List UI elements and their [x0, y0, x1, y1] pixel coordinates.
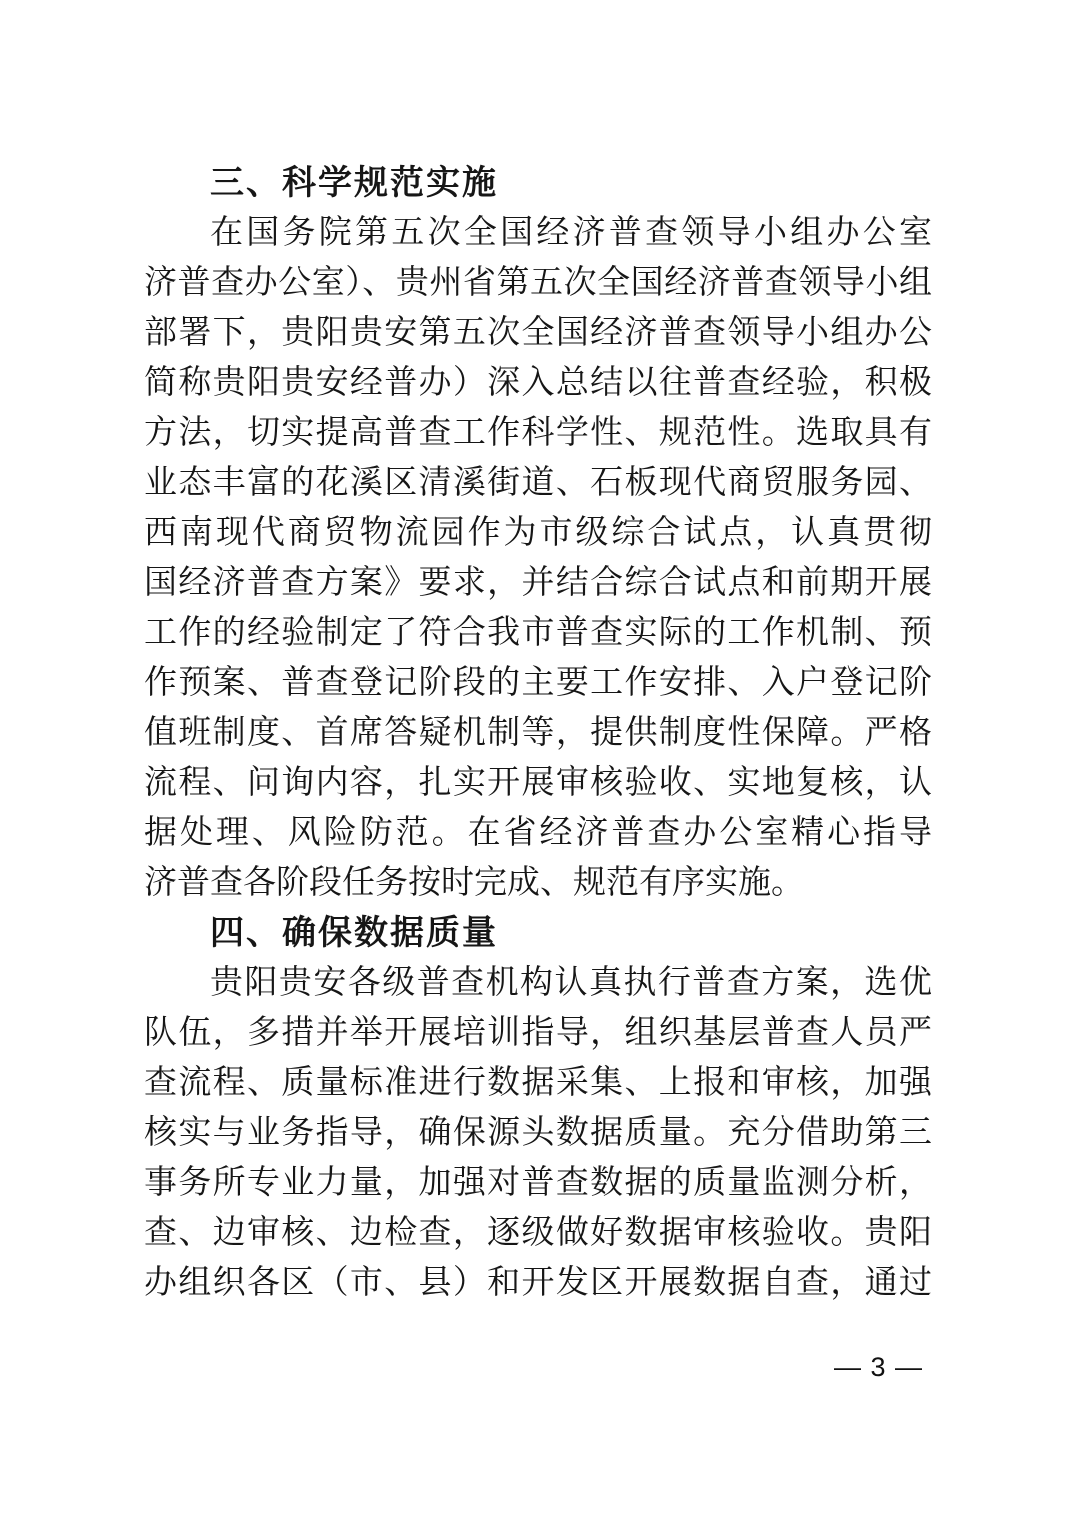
- section-heading-4: 四、确保数据质量: [144, 908, 932, 958]
- text-line: 查流程、质量标准进行数据采集、上报和审核，加强入户数据: [144, 1058, 932, 1108]
- text-line: 在国务院第五次全国经济普查领导小组办公室（国务院经: [144, 208, 932, 258]
- text-line: 部署下，贵阳贵安第五次全国经济普查领导小组办公室（以下: [144, 308, 932, 358]
- text-line: 作预案、普查登记阶段的主要工作安排、入户登记阶段 24 小时: [144, 658, 932, 708]
- text-line: 流程、问询内容，扎实开展审核验收、实地复核，认真抓好数: [144, 758, 932, 808]
- text-line: 值班制度、首席答疑机制等，提供制度性保障。严格规范入户: [144, 708, 932, 758]
- text-line: 贵阳贵安各级普查机构认真执行普查方案，选优配强普查: [144, 958, 932, 1008]
- text-line: 西南现代商贸物流园作为市级综合试点，认真贯彻《第五次全: [144, 508, 932, 558]
- text-line: 查、边审核、边检查，逐级做好数据审核验收。贵阳贵安经普: [144, 1208, 932, 1258]
- text-line: 工作的经验制定了符合我市普查实际的工作机制、预防风险工: [144, 608, 932, 658]
- document-page: 三、科学规范实施 在国务院第五次全国经济普查领导小组办公室（国务院经 济普查办公…: [0, 0, 1074, 1520]
- text-line: 办组织各区（市、县）和开发区开展数据自查，通过走访问询、: [144, 1258, 932, 1308]
- paragraph-1: 在国务院第五次全国经济普查领导小组办公室（国务院经 济普查办公室）、贵州省第五次…: [144, 208, 932, 908]
- section-heading-3: 三、科学规范实施: [144, 158, 932, 208]
- text-line: 据处理、风险防范。在省经济普查办公室精心指导下，我市经: [144, 808, 932, 858]
- text-line: 事务所专业力量，加强对普查数据的质量监测分析，坚持边普: [144, 1158, 932, 1208]
- text-line: 简称贵阳贵安经普办）深入总结以往普查经验，积极探索有效: [144, 358, 932, 408]
- text-line: 业态丰富的花溪区清溪街道、石板现代商贸服务园、观山湖区: [144, 458, 932, 508]
- text-line: 方法，切实提高普查工作科学性、规范性。选取具有代表性、: [144, 408, 932, 458]
- page-number: — 3 —: [834, 1350, 923, 1384]
- text-line: 核实与业务指导，确保源头数据质量。充分借助第三方会计师: [144, 1108, 932, 1158]
- document-body: 三、科学规范实施 在国务院第五次全国经济普查领导小组办公室（国务院经 济普查办公…: [144, 158, 932, 1308]
- text-line: 济普查办公室）、贵州省第五次全国经济普查领导小组办公室: [144, 258, 932, 308]
- text-line: 国经济普查方案》要求，并结合综合试点和前期开展大量调研: [144, 558, 932, 608]
- text-line: 济普查各阶段任务按时完成、规范有序实施。: [144, 858, 932, 908]
- text-line: 队伍，多措并举开展培训指导，组织基层普查人员严格按照普: [144, 1008, 932, 1058]
- paragraph-2: 贵阳贵安各级普查机构认真执行普查方案，选优配强普查 队伍，多措并举开展培训指导，…: [144, 958, 932, 1308]
